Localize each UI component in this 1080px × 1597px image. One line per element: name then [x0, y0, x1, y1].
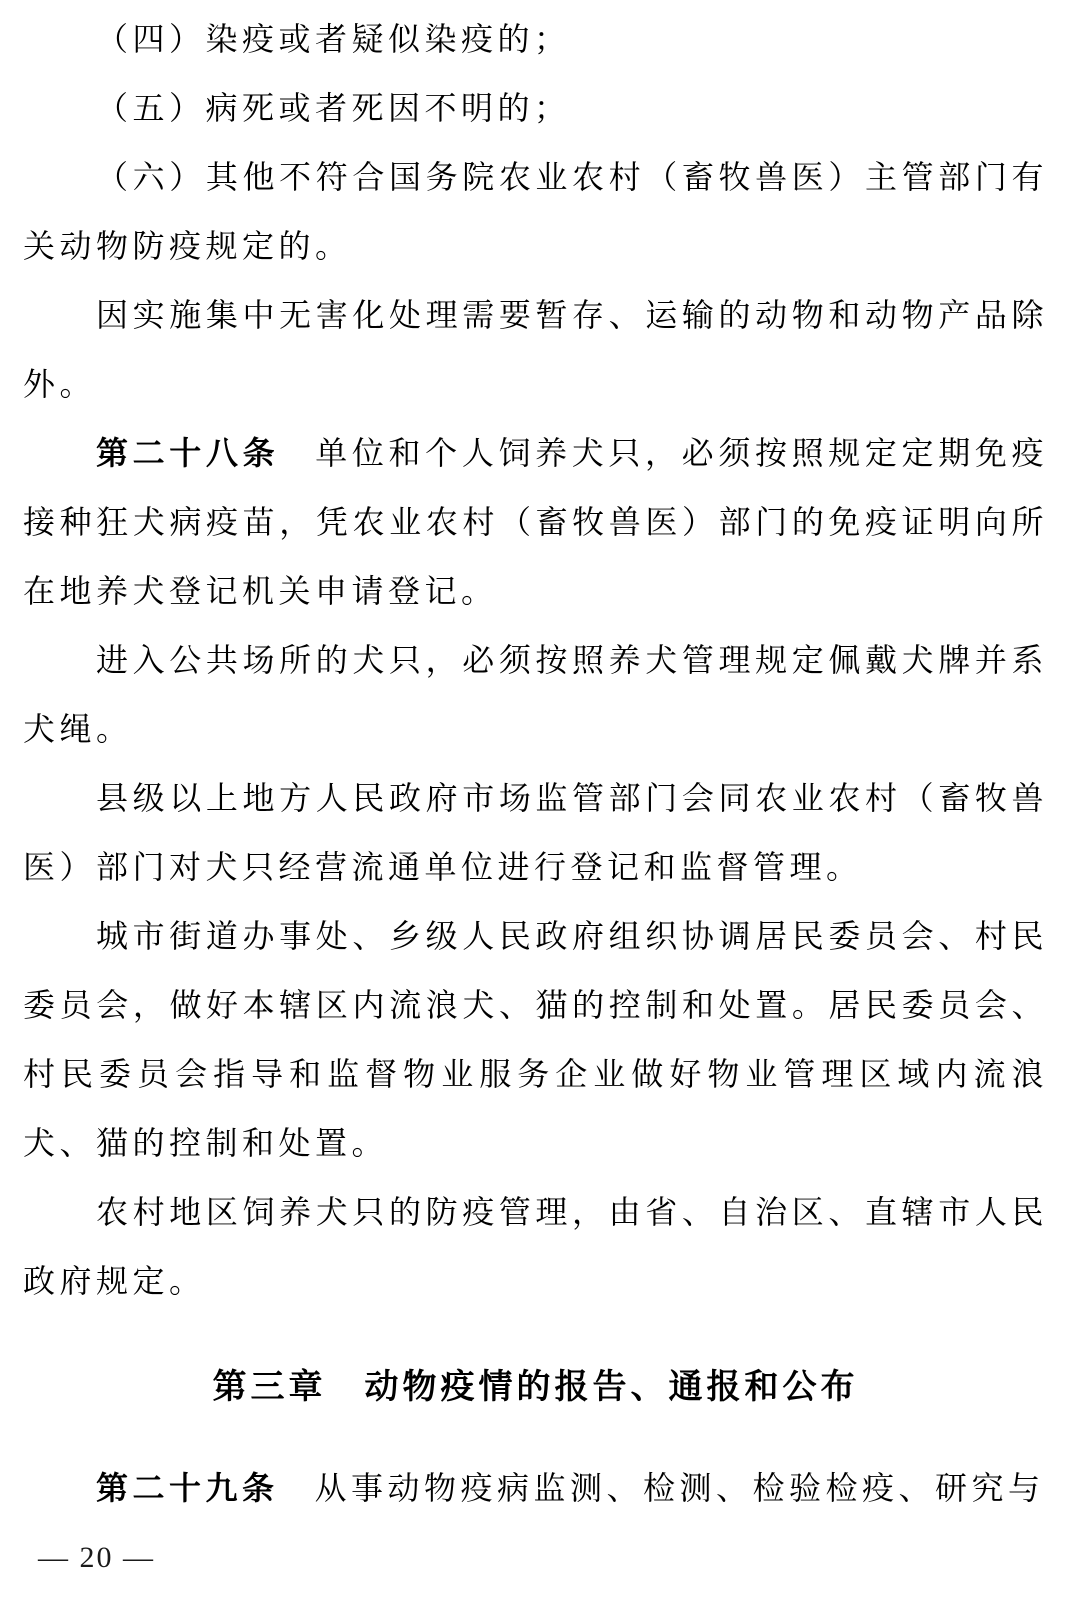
document-body: （四）染疫或者疑似染疫的； （五）病死或者死因不明的； （六）其他不符合国务院农… [23, 5, 1048, 1523]
article-28-paragraph: 第二十八条单位和个人饲养犬只，必须按照规定定期免疫接种狂犬病疫苗，凭农业农村（畜… [23, 419, 1048, 626]
exemption-paragraph: 因实施集中无害化处理需要暂存、运输的动物和动物产品除外。 [23, 281, 1048, 419]
article-28-number: 第二十八条 [96, 435, 279, 471]
article-28-paragraph-2: 进入公共场所的犬只，必须按照养犬管理规定佩戴犬牌并系犬绳。 [23, 626, 1048, 764]
document-page: （四）染疫或者疑似染疫的； （五）病死或者死因不明的； （六）其他不符合国务院农… [0, 0, 1080, 1597]
article-28-paragraph-4: 城市街道办事处、乡级人民政府组织协调居民委员会、村民委员会，做好本辖区内流浪犬、… [23, 902, 1048, 1178]
article-28-paragraph-3: 县级以上地方人民政府市场监管部门会同农业农村（畜牧兽医）部门对犬只经营流通单位进… [23, 764, 1048, 902]
page-number: — 20 — [38, 1541, 155, 1575]
article-29-text: 从事动物疫病监测、检测、检验检疫、研究与 [315, 1470, 1045, 1506]
article-28-paragraph-5: 农村地区饲养犬只的防疫管理，由省、自治区、直辖市人民政府规定。 [23, 1178, 1048, 1316]
clause-item-5: （五）病死或者死因不明的； [23, 74, 1048, 143]
article-29-paragraph: 第二十九条从事动物疫病监测、检测、检验检疫、研究与 [23, 1454, 1048, 1523]
clause-item-6: （六）其他不符合国务院农业农村（畜牧兽医）主管部门有关动物防疫规定的。 [23, 143, 1048, 281]
clause-item-4: （四）染疫或者疑似染疫的； [23, 5, 1048, 74]
article-29-number: 第二十九条 [96, 1470, 279, 1506]
chapter-3-heading: 第三章 动物疫情的报告、通报和公布 [23, 1353, 1048, 1422]
